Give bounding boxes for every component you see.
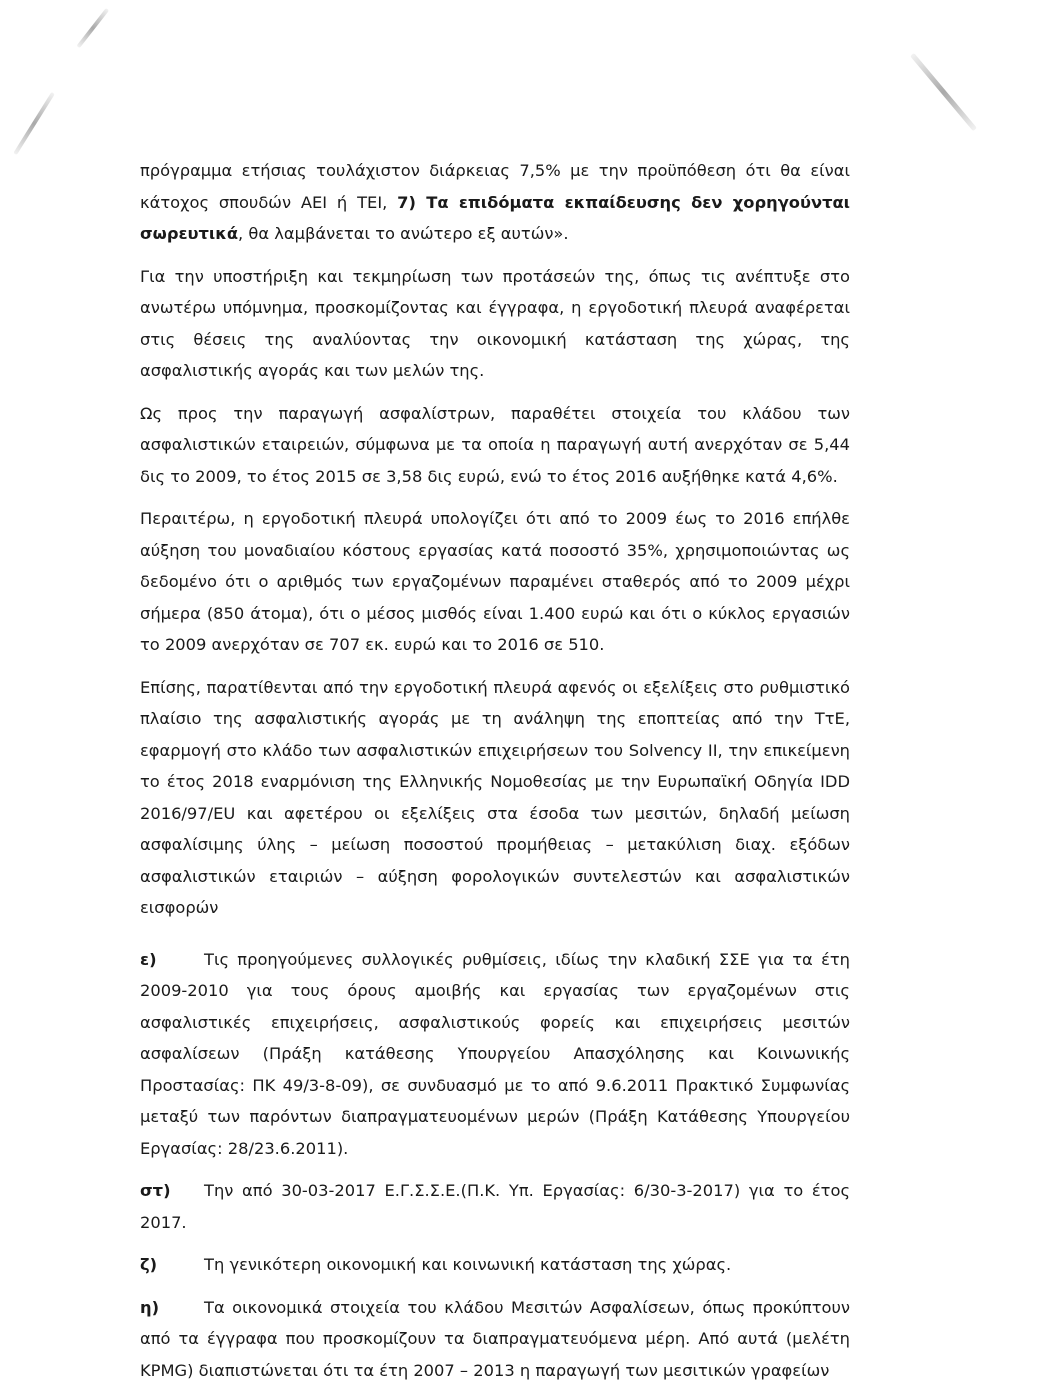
list-item-text: Τα οικονομικά στοιχεία του κλάδου Μεσιτώ… [140,1298,850,1380]
list-item-st: στ)Την από 30-03-2017 Ε.Γ.Σ.Σ.Ε.(Π.Κ. Υπ… [140,1175,850,1238]
paragraph-premium-production: Ως προς την παραγωγή ασφαλίστρων, παραθέ… [140,398,850,493]
list-item-label: ε) [140,944,204,976]
scan-artifact-mark [910,53,977,131]
paragraph-regulatory-framework: Επίσης, παρατίθενται από την εργοδοτική … [140,672,850,924]
paragraph-text: , θα λαμβάνεται το ανώτερο εξ αυτών». [238,224,569,243]
list-item-label: στ) [140,1175,204,1207]
paragraph-labor-cost: Περαιτέρω, η εργοδοτική πλευρά υπολογίζε… [140,503,850,661]
list-item-text: Τις προηγούμενες συλλογικές ρυθμίσεις, ι… [140,950,850,1158]
list-item-text: Την από 30-03-2017 Ε.Γ.Σ.Σ.Ε.(Π.Κ. Υπ. Ε… [140,1181,850,1232]
scan-artifact-mark [76,8,109,48]
list-item-h: η)Τα οικονομικά στοιχεία του κλάδου Μεσι… [140,1292,850,1387]
list-item-z: ζ)Τη γενικότερη οικονομική και κοινωνική… [140,1249,850,1281]
list-item-label: η) [140,1292,204,1324]
document-page: πρόγραμμα ετήσιας τουλάχιστον διάρκειας … [140,155,850,1386]
paragraph-training-allowance: πρόγραμμα ετήσιας τουλάχιστον διάρκειας … [140,155,850,250]
list-item-e: ε)Τις προηγούμενες συλλογικές ρυθμίσεις,… [140,944,850,1165]
paragraph-employer-position: Για την υποστήριξη και τεκμηρίωση των πρ… [140,261,850,387]
list-item-text: Τη γενικότερη οικονομική και κοινωνική κ… [204,1255,731,1274]
scan-artifact-mark [13,92,55,155]
list-item-label: ζ) [140,1249,204,1281]
